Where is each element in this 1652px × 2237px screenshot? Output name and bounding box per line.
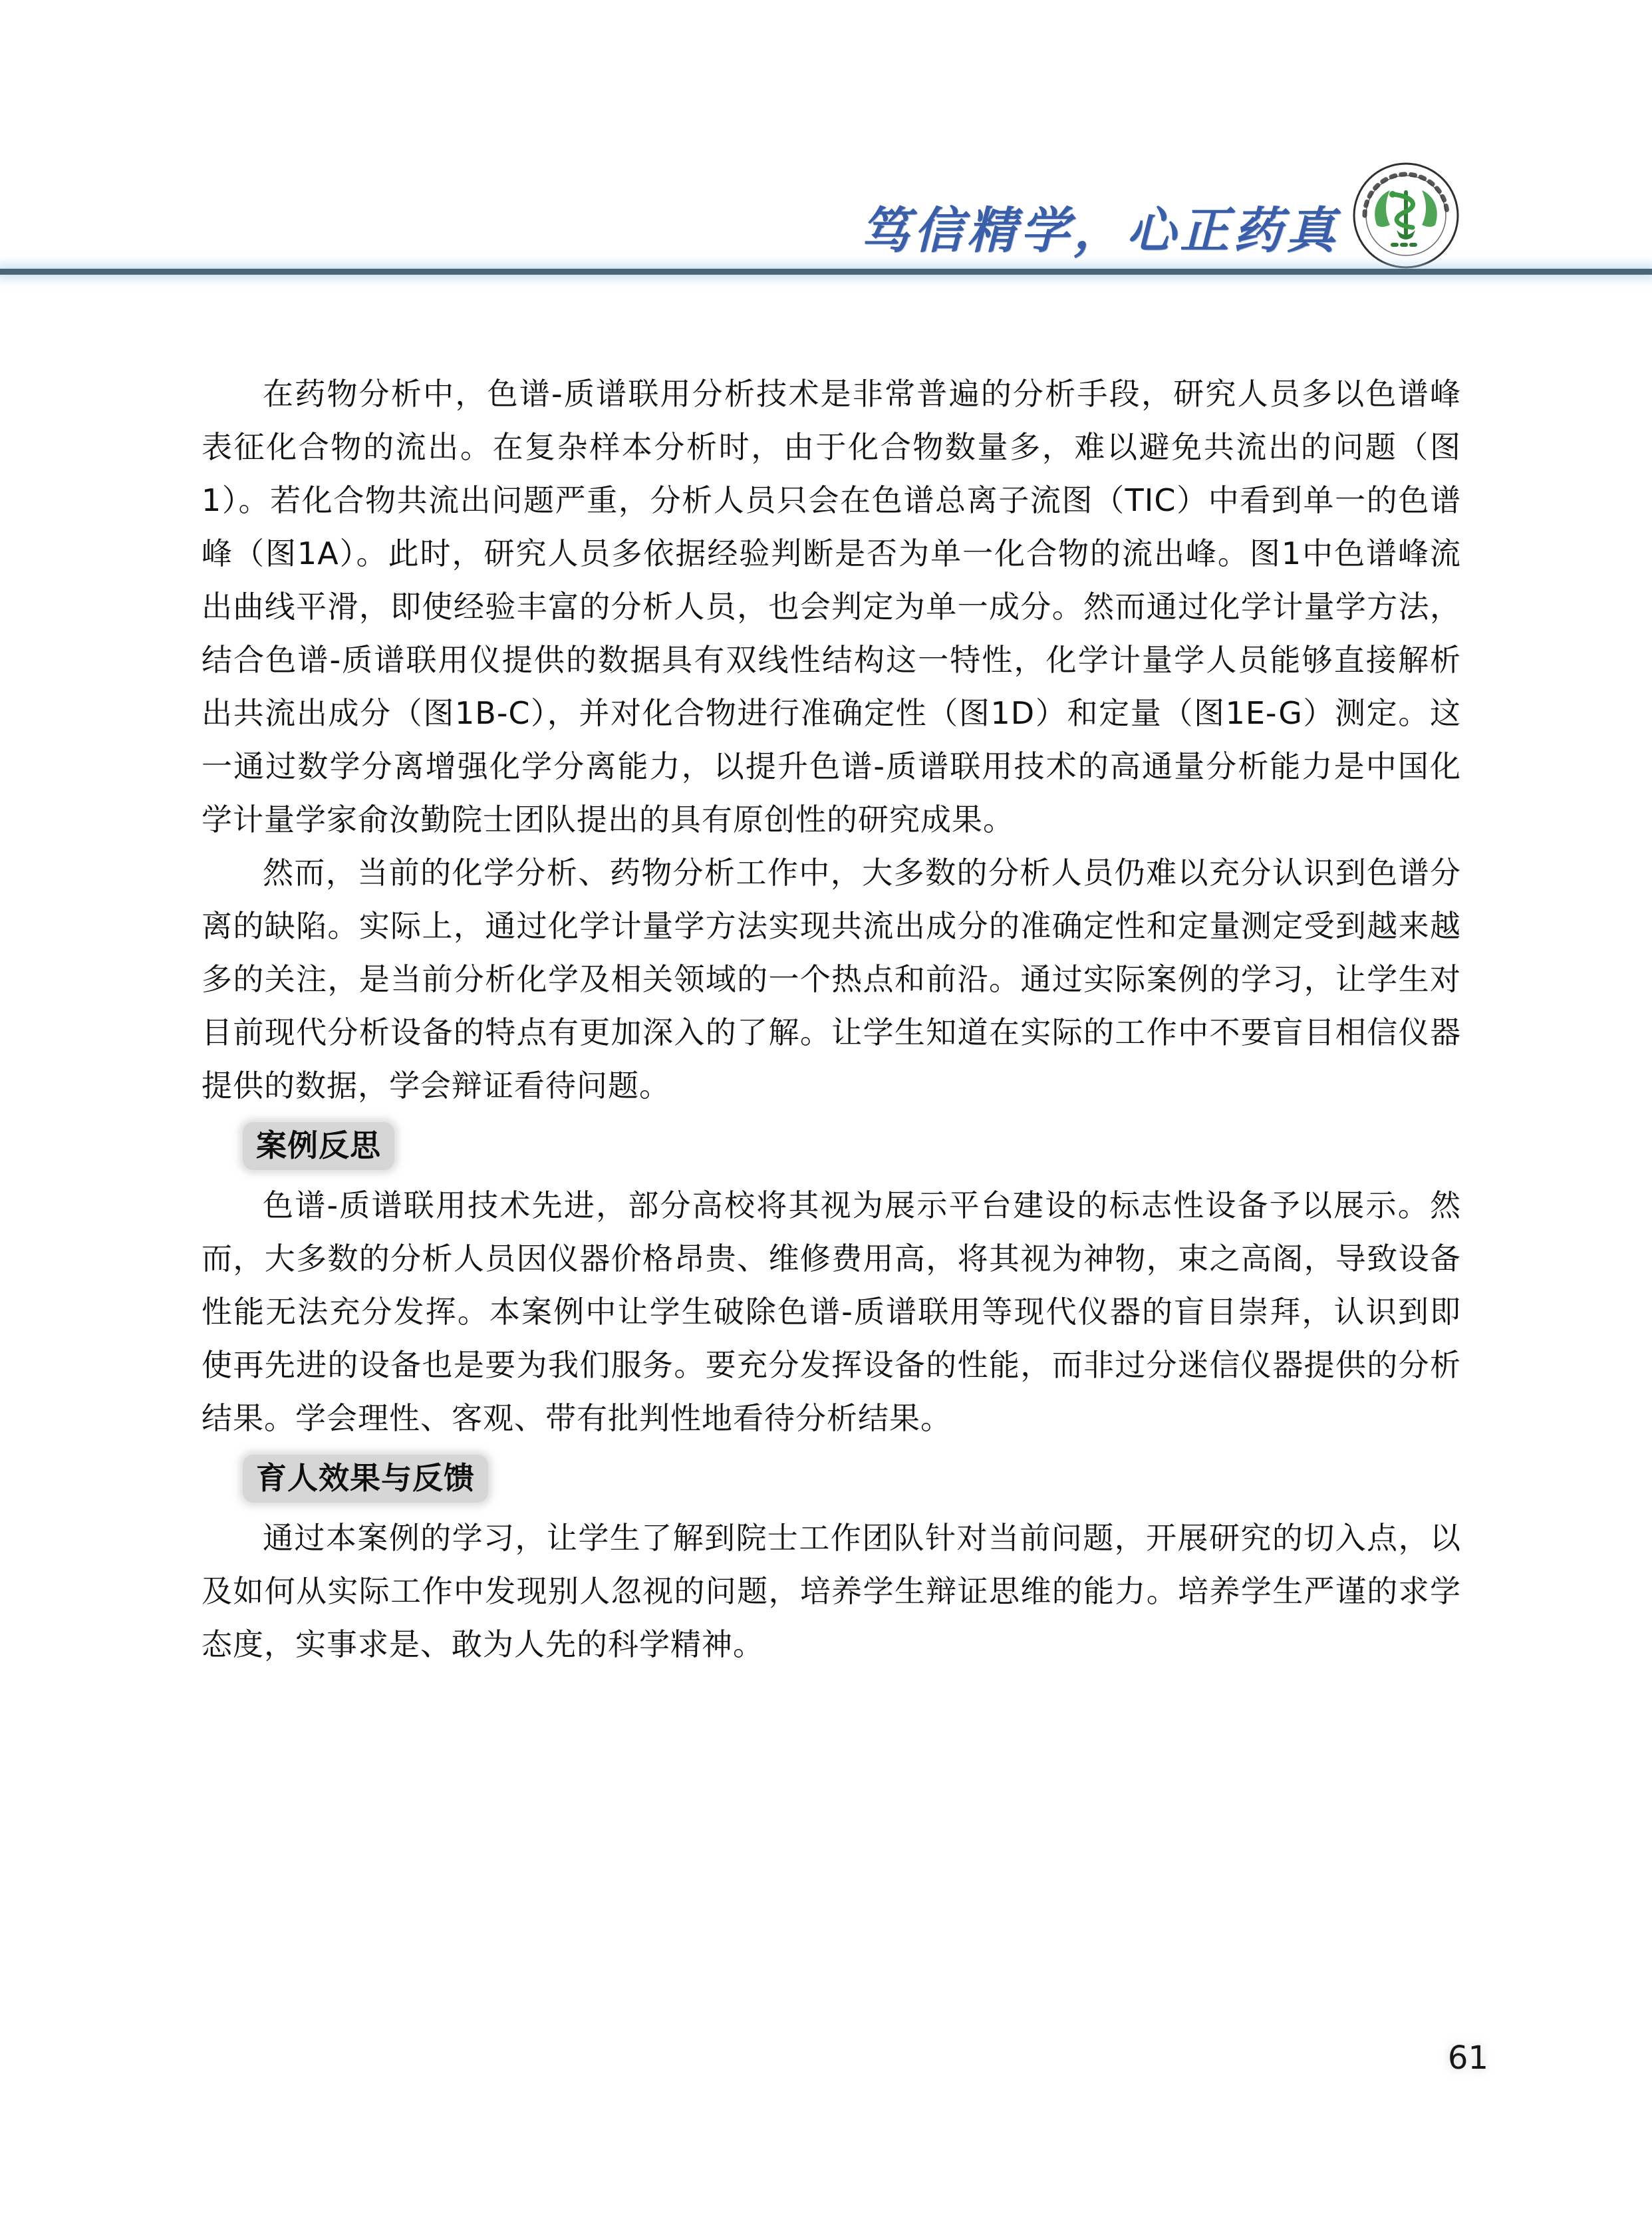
paragraph-education-effect: 通过本案例的学习，让学生了解到院士工作团队针对当前问题，开展研究的切入点，以及如… (202, 1511, 1461, 1671)
header-divider (0, 269, 1652, 275)
header-slogan: 笃信精学，心正药真 (861, 192, 1339, 262)
paragraph-intro: 在药物分析中，色谱-质谱联用分析技术是非常普遍的分析手段，研究人员多以色谱峰表征… (202, 367, 1461, 846)
section-heading-education-effect: 育人效果与反馈 (243, 1451, 1461, 1505)
page-header: 笃信精学，心正药真 (0, 0, 1652, 279)
paragraph-discussion: 然而，当前的化学分析、药物分析工作中，大多数的分析人员仍难以充分认识到色谱分离的… (202, 846, 1461, 1112)
pharmacy-seal-icon (1351, 161, 1460, 270)
section-heading-label: 育人效果与反馈 (243, 1455, 488, 1503)
section-heading-case-reflection: 案例反思 (243, 1119, 1461, 1172)
section-heading-label: 案例反思 (243, 1122, 394, 1170)
paragraph-case-reflection: 色谱-质谱联用技术先进，部分高校将其视为展示平台建设的标志性设备予以展示。然而，… (202, 1179, 1461, 1445)
page-number: 61 (1448, 2039, 1488, 2077)
document-body: 在药物分析中，色谱-质谱联用分析技术是非常普遍的分析手段，研究人员多以色谱峰表征… (202, 367, 1461, 1671)
document-page: 笃信精学，心正药真 在药物分析中，色谱-质谱联用分析技术是非常普遍的分析手段，研… (0, 0, 1652, 2237)
